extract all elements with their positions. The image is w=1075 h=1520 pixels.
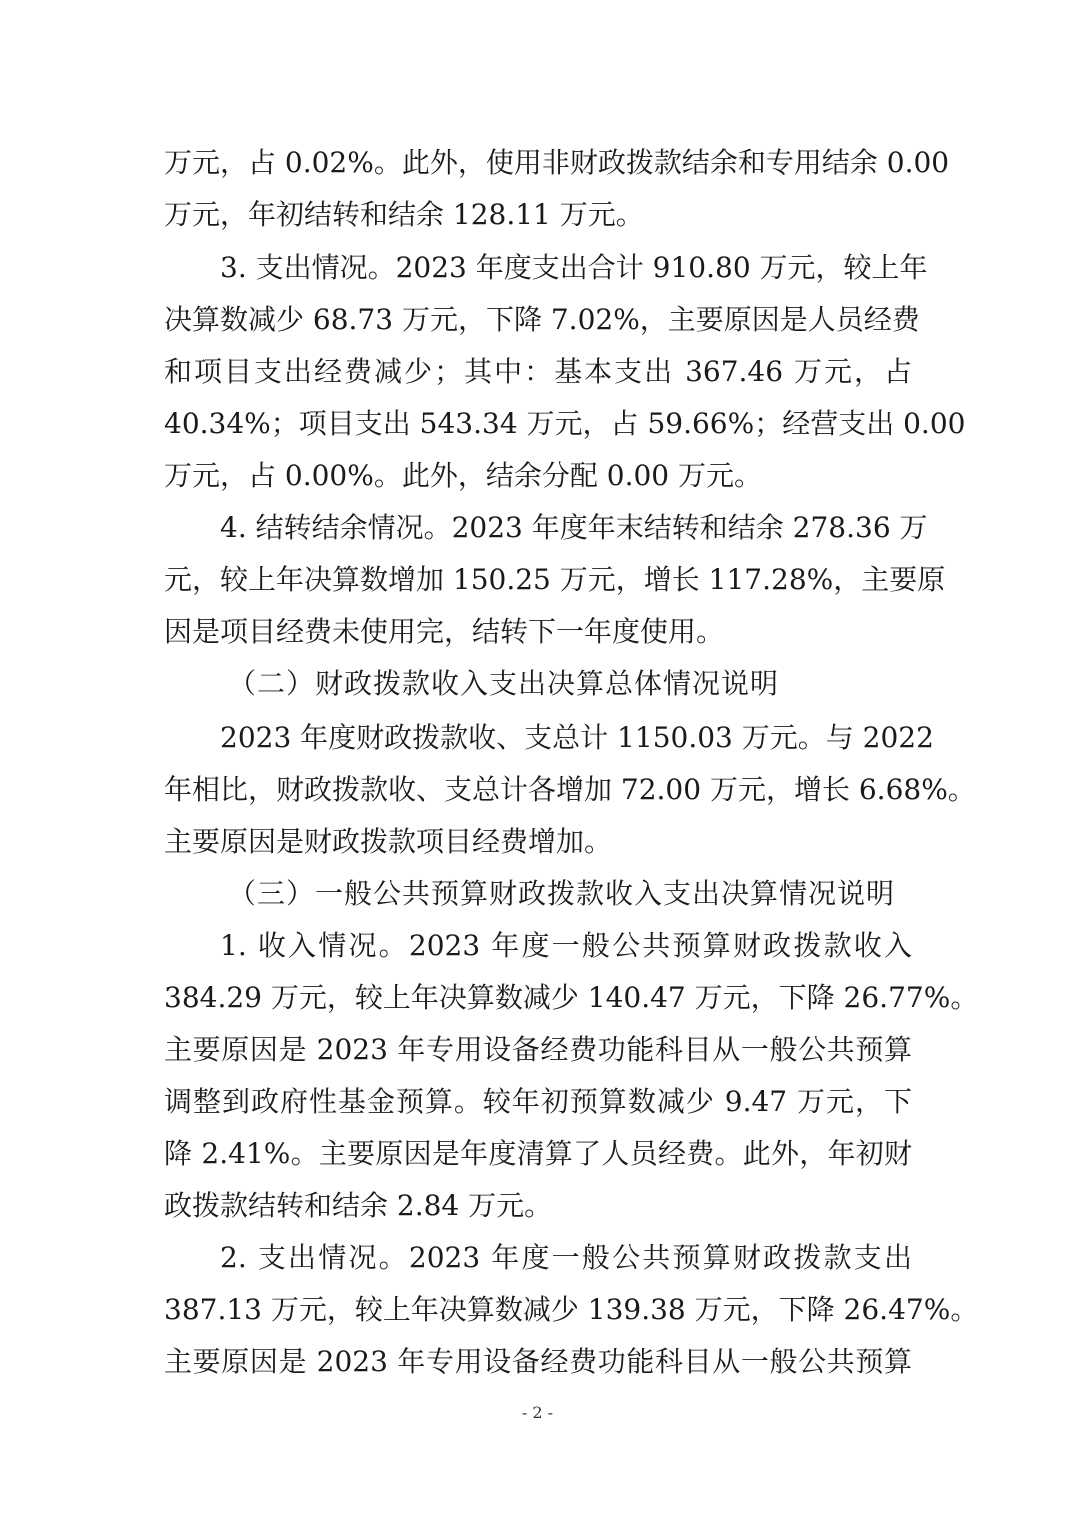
text-line: 40.34%；项目支出 543.34 万元，占 59.66%；经营支出 0.00 <box>164 398 912 450</box>
text-line: 调整到政府性基金预算。较年初预算数减少 9.47 万元，下 <box>164 1076 912 1128</box>
page-number: - 2 - <box>0 1403 1075 1422</box>
text-line: 降 2.41%。主要原因是年度清算了人员经费。此外，年初财 <box>164 1128 912 1180</box>
section-heading-2: （二）财政拨款收入支出决算总体情况说明 <box>228 658 779 710</box>
text-line: 因是项目经费未使用完，结转下一年度使用。 <box>164 606 912 658</box>
text-line: 万元，年初结转和结余 128.11 万元。 <box>164 189 912 241</box>
paragraph-carryover-start: 4. 结转结余情况。2023 年度年末结转和结余 278.36 万 <box>220 502 912 554</box>
text-line: 主要原因是财政拨款项目经费增加。 <box>164 816 912 868</box>
paragraph-gp-expenditure-start: 2. 支出情况。2023 年度一般公共预算财政拨款支出 <box>220 1232 912 1284</box>
text-line: 主要原因是 2023 年专用设备经费功能科目从一般公共预算 <box>164 1024 912 1076</box>
text-line: 年相比，财政拨款收、支总计各增加 72.00 万元，增长 6.68%。 <box>164 764 912 816</box>
text-line: 和项目支出经费减少；其中：基本支出 367.46 万元，占 <box>164 346 912 398</box>
text-line: 387.13 万元，较上年决算数减少 139.38 万元，下降 26.47%。 <box>164 1284 912 1336</box>
paragraph-fiscal-total-start: 2023 年度财政拨款收、支总计 1150.03 万元。与 2022 <box>220 712 912 764</box>
text-line: 万元，占 0.02%。此外，使用非财政拨款结余和专用结余 0.00 <box>164 137 912 189</box>
paragraph-income-start: 1. 收入情况。2023 年度一般公共预算财政拨款收入 <box>220 920 912 972</box>
text-line: 384.29 万元，较上年决算数减少 140.47 万元，下降 26.77%。 <box>164 972 912 1024</box>
text-line: 主要原因是 2023 年专用设备经费功能科目从一般公共预算 <box>164 1336 912 1388</box>
paragraph-expenditure-start: 3. 支出情况。2023 年度支出合计 910.80 万元，较上年 <box>220 242 912 294</box>
document-page: 万元，占 0.02%。此外，使用非财政拨款结余和专用结余 0.00 万元，年初结… <box>0 0 1075 1520</box>
text-line: 政拨款结转和结余 2.84 万元。 <box>164 1180 912 1232</box>
text-line: 决算数减少 68.73 万元，下降 7.02%，主要原因是人员经费 <box>164 294 912 346</box>
text-line: 元，较上年决算数增加 150.25 万元，增长 117.28%，主要原 <box>164 554 912 606</box>
section-heading-3: （三）一般公共预算财政拨款收入支出决算情况说明 <box>228 868 895 920</box>
text-line: 万元，占 0.00%。此外，结余分配 0.00 万元。 <box>164 450 912 502</box>
